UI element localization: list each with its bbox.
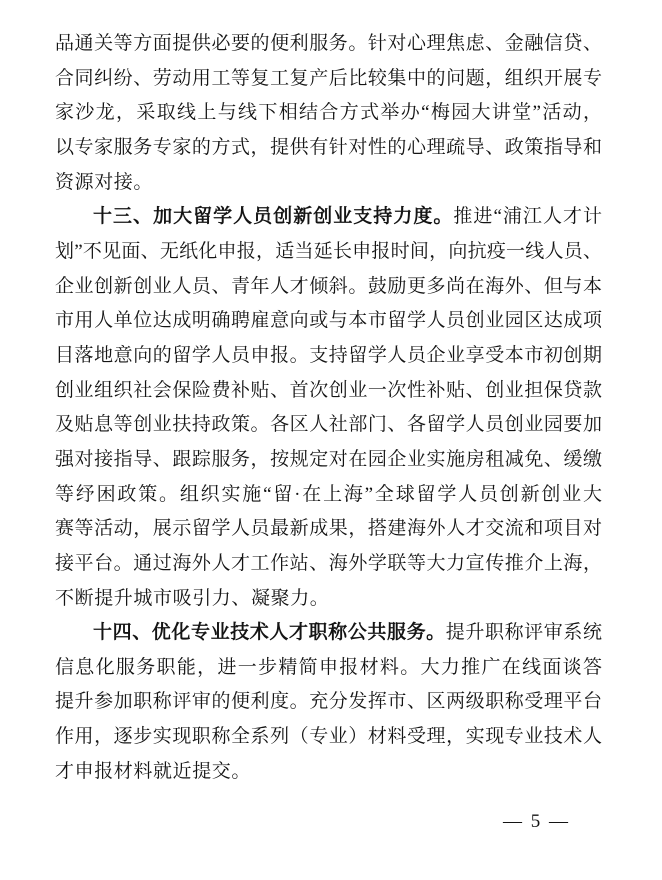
text-line: 创业组织社会保险费补贴、首次创业一次性补贴、创业担保贷款	[55, 374, 602, 409]
text-line: 强对接指导、跟踪服务，按规定对在园企业实施房租减免、缓缴	[55, 443, 602, 478]
text-line: 市用人单位达成明确聘雇意向或与本市留学人员创业园区达成项	[55, 304, 602, 339]
document-page: 品通关等方面提供必要的便利服务。针对心理焦虑、金融信贷、合同纠纷、劳动用工等复工…	[0, 0, 662, 880]
section-heading: 十三、加大留学人员创新创业支持力度。	[93, 206, 453, 227]
text-line: 信息化服务职能，进一步精简申报材料。大力推广在线面谈答辩，	[55, 651, 602, 686]
text-line: 十四、优化专业技术人才职称公共服务。提升职称评审系统	[55, 616, 602, 651]
document-body: 品通关等方面提供必要的便利服务。针对心理焦虑、金融信贷、合同纠纷、劳动用工等复工…	[55, 27, 602, 789]
paragraph-item-14: 十四、优化专业技术人才职称公共服务。提升职称评审系统信息化服务职能，进一步精简申…	[55, 616, 602, 789]
text-line: 合同纠纷、劳动用工等复工复产后比较集中的问题，组织开展专	[55, 62, 602, 97]
text-line: 赛等活动，展示留学人员最新成果，搭建海外人才交流和项目对	[55, 512, 602, 547]
paragraph-continuation: 品通关等方面提供必要的便利服务。针对心理焦虑、金融信贷、合同纠纷、劳动用工等复工…	[55, 27, 602, 200]
text-line: 家沙龙，采取线上与线下相结合方式举办“梅园大讲堂”活动，	[55, 96, 602, 131]
text-line: 十三、加大留学人员创新创业支持力度。推进“浦江人才计	[55, 200, 602, 235]
text-line: 等纾困政策。组织实施“留·在上海”全球留学人员创新创业大	[55, 478, 602, 513]
heading-line-text: 推进“浦江人才计	[453, 206, 602, 227]
text-line: 以专家服务专家的方式，提供有针对性的心理疏导、政策指导和	[55, 131, 602, 166]
text-line: 作用，逐步实现职称全系列（专业）材料受理，实现专业技术人	[55, 720, 602, 755]
text-line: 提升参加职称评审的便利度。充分发挥市、区两级职称受理平台	[55, 685, 602, 720]
text-line: 接平台。通过海外人才工作站、海外学联等大力宣传推介上海，	[55, 547, 602, 582]
text-line: 才申报材料就近提交。	[55, 755, 602, 790]
heading-line-text: 提升职称评审系统	[446, 622, 602, 643]
page-number: — 5 —	[503, 811, 570, 833]
paragraph-item-13: 十三、加大留学人员创新创业支持力度。推进“浦江人才计划”不见面、无纸化申报，适当…	[55, 200, 602, 616]
text-line: 企业创新创业人员、青年人才倾斜。鼓励更多尚在海外、但与本	[55, 270, 602, 305]
text-line: 不断提升城市吸引力、凝聚力。	[55, 582, 602, 617]
text-line: 划”不见面、无纸化申报，适当延长申报时间，向抗疫一线人员、	[55, 235, 602, 270]
text-line: 目落地意向的留学人员申报。支持留学人员企业享受本市初创期	[55, 339, 602, 374]
text-line: 及贴息等创业扶持政策。各区人社部门、各留学人员创业园要加	[55, 408, 602, 443]
text-line: 品通关等方面提供必要的便利服务。针对心理焦虑、金融信贷、	[55, 27, 602, 62]
text-line: 资源对接。	[55, 166, 602, 201]
section-heading: 十四、优化专业技术人才职称公共服务。	[93, 622, 446, 643]
